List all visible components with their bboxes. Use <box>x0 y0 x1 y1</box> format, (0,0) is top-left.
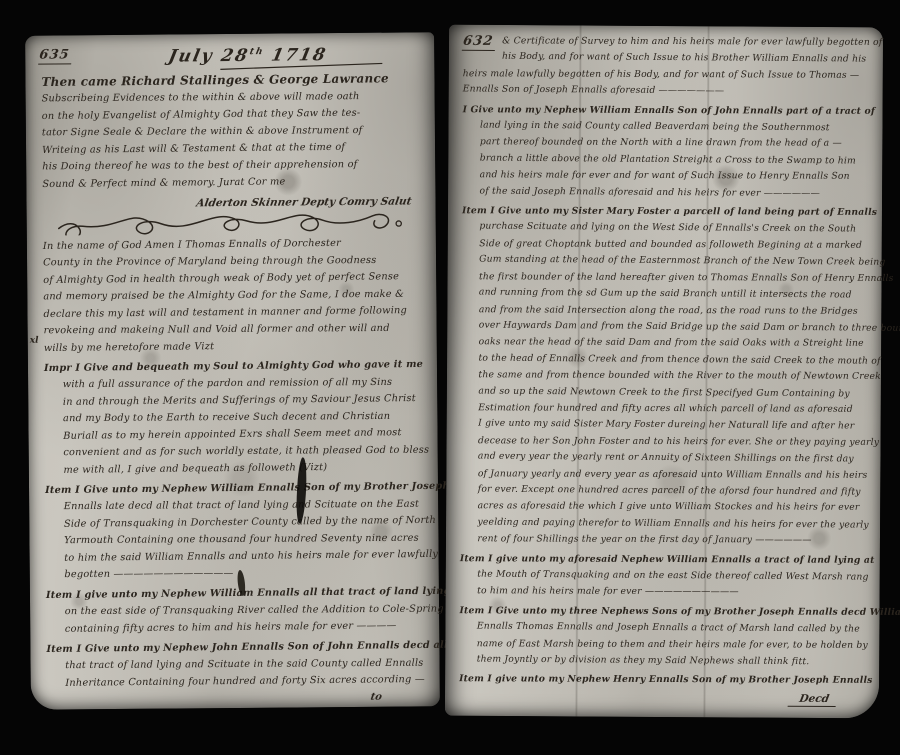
manuscript-line: wills by me heretofore made Vizt <box>44 336 427 357</box>
manuscript-line: Item I give unto my Nephew Henry Ennalls… <box>459 672 867 690</box>
date-ordinal: th <box>249 47 266 57</box>
certificate-lines: & Certificate of Survey to him and his h… <box>463 33 871 101</box>
manuscript-line: Ennalls Thomas Ennalls and Joseph Ennall… <box>459 619 867 639</box>
manuscript-line: me with all, I give and bequeath as foll… <box>45 458 428 479</box>
manuscript-line: Sound & Perfect mind & memory. Jurat Cor… <box>42 172 425 193</box>
henry-ennalls-paragraph: Item I give unto my Nephew Henry Ennalls… <box>459 671 867 690</box>
manuscript-line: Inheritance Containing four hundred and … <box>47 671 430 692</box>
manuscript-line: oaks near the head of the said Dam and f… <box>461 335 869 353</box>
manuscript-line: and running from the sd Gum up the said … <box>461 284 869 304</box>
right-page: 632 & Certificate of Survey to him and h… <box>445 25 883 719</box>
catchword-left: to <box>46 691 431 705</box>
manuscript-line: rent of four Shillings the year on the f… <box>460 531 868 549</box>
item-cole-spring-paragraph: Item I give unto my Nephew William Ennal… <box>46 583 429 637</box>
date-heading: July 28th 1718 <box>99 45 396 68</box>
manuscript-line: to him and his heirs male for ever —————… <box>460 584 868 602</box>
mary-foster-paragraph: Item I Give unto my Sister Mary Foster a… <box>460 203 870 550</box>
manuscript-line: of the said Joseph Ennalls aforesaid and… <box>462 183 870 203</box>
manuscript-line: containing fifty acres to him and his he… <box>46 617 429 638</box>
beaverdam-paragraph: I Give unto my Nephew William Ennalls So… <box>462 101 871 202</box>
manuscript-line: the same and from thence bounded with th… <box>461 367 869 385</box>
manuscript-line: Ennalls Son of Joseph Ennalls aforesaid … <box>463 82 871 102</box>
manuscript-line: and his heirs male for ever and for want… <box>462 167 870 185</box>
clerk-signature: Alderton Skinner Depty Comry Salut <box>41 192 427 213</box>
certificate-paragraph: 632 & Certificate of Survey to him and h… <box>463 33 871 101</box>
probate-paragraph: Then came Richard Stallinges & George La… <box>41 70 425 192</box>
margin-note: xl <box>30 336 39 346</box>
item-ennalls-inheritance-paragraph: Item I Give unto my Nephew John Ennalls … <box>46 637 429 691</box>
catchword-right: Decd <box>458 691 868 705</box>
manuscript-line: them Joyntly or by division as they my S… <box>459 651 867 671</box>
photo-background: 635 July 28th 1718 Then came Richard Sta… <box>0 0 900 755</box>
date-month-day: July 28 <box>167 46 251 67</box>
preamble-paragraph: In the name of God Amen I Thomas Ennalls… <box>43 234 427 356</box>
item-north-yarmouth-paragraph: Item I Give unto my Nephew William Ennal… <box>45 478 429 583</box>
manuscript-line: and every year the yearly rent or Annuit… <box>460 449 868 469</box>
left-page-number: 635 <box>38 47 73 64</box>
imprimis-paragraph: Impr I Give and bequeath my Soul to Almi… <box>44 356 428 478</box>
east-marsh-paragraph: Item I Give unto my three Nephews Sons o… <box>459 603 867 671</box>
date-year: 1718 <box>270 45 329 66</box>
manuscript-line: I give unto my said Sister Mary Foster d… <box>461 416 869 436</box>
manuscript-line: Gum standing at the head of the Easternm… <box>462 252 870 272</box>
left-page: 635 July 28th 1718 Then came Richard Sta… <box>25 32 440 710</box>
west-marsh-paragraph: Item I give unto my aforesaid Nephew Wil… <box>460 550 868 602</box>
flourish-divider <box>54 212 414 235</box>
